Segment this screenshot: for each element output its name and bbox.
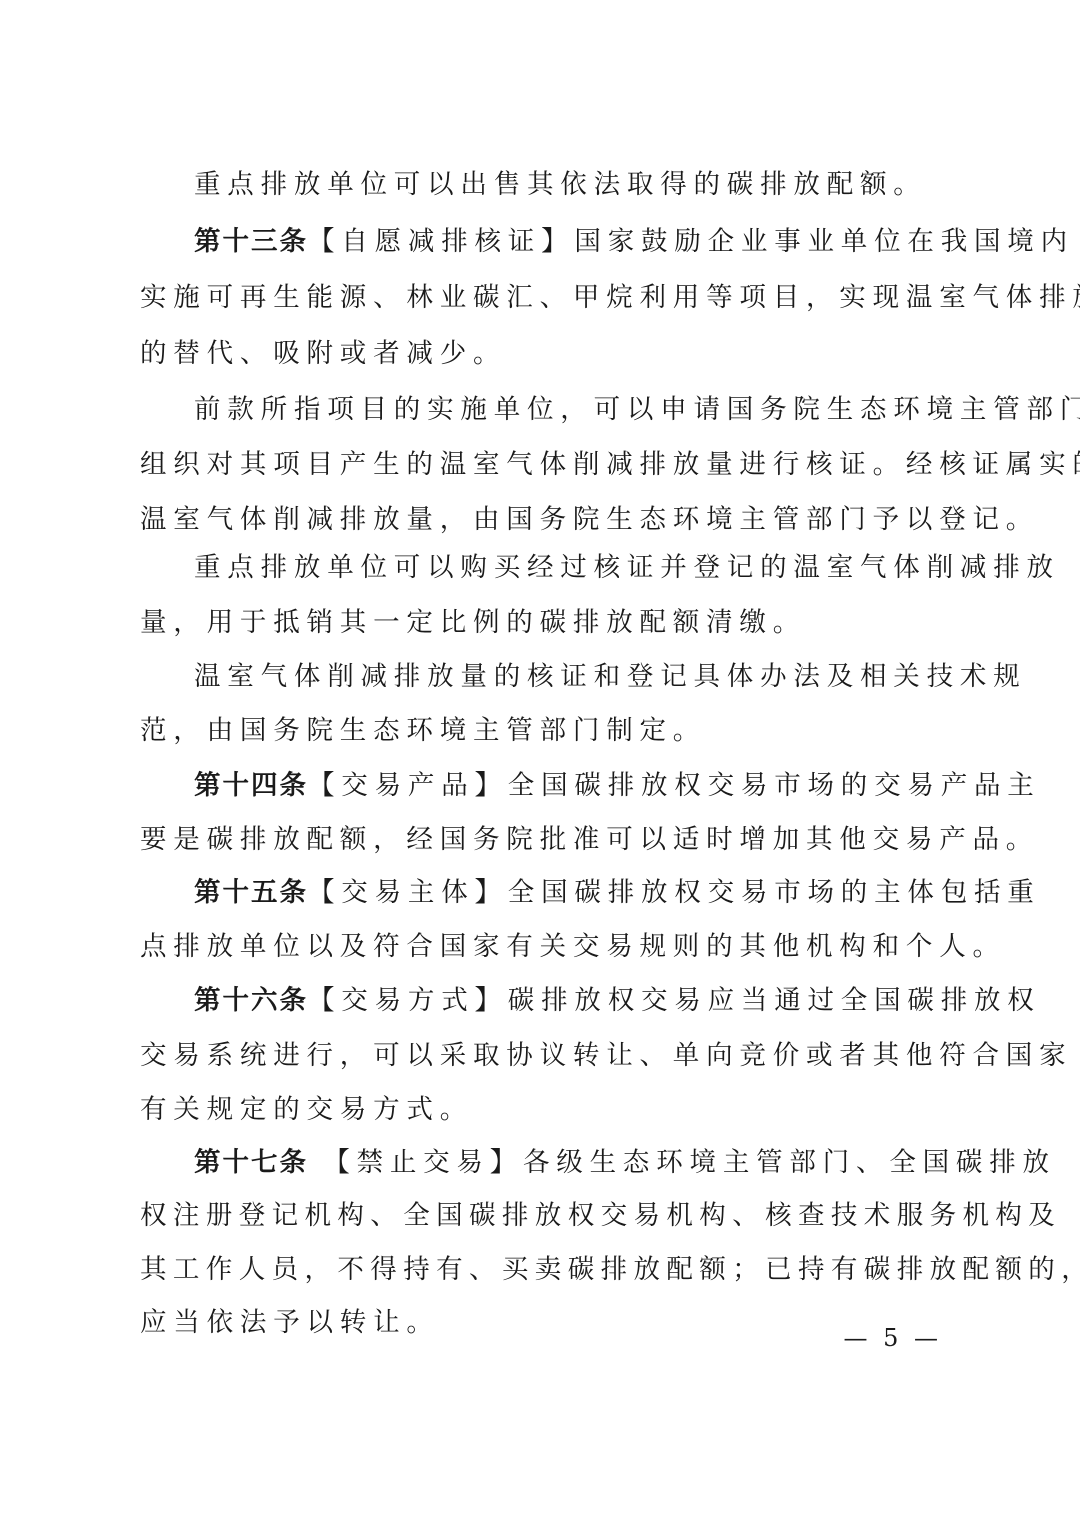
paragraph-line: 要是碳排放配额，经国务院批准可以适时增加其他交易产品。 (140, 820, 940, 860)
line-text: 实施可再生能源、林业碳汇、甲烷利用等项目，实现温室气体排放 (140, 282, 1080, 313)
paragraph-line: 重点排放单位可以购买经过核证并登记的温室气体削减排放 (194, 548, 994, 588)
line-text: 【自愿减排核证】国家鼓励企业事业单位在我国境内 (308, 226, 1074, 257)
page-number: — 5 — (842, 1318, 942, 1358)
paragraph-line: 交易系统进行，可以采取协议转让、单向竞价或者其他符合国家 (140, 1036, 940, 1076)
paragraph-line: 的替代、吸附或者减少。 (140, 334, 940, 374)
line-text: 权注册登记机构、全国碳排放权交易机构、核查技术服务机构及 (140, 1200, 1061, 1231)
line-text: 重点排放单位可以出售其依法取得的碳排放配额。 (194, 169, 927, 200)
paragraph-line: 温室气体削减排放量，由国务院生态环境主管部门予以登记。 (140, 500, 940, 540)
paragraph-line: 权注册登记机构、全国碳排放权交易机构、核查技术服务机构及 (140, 1196, 940, 1236)
line-text: 点排放单位以及符合国家有关交易规则的其他机构和个人。 (140, 931, 1006, 962)
article-number: 第十四条 (194, 770, 308, 801)
paragraph-line: 重点排放单位可以出售其依法取得的碳排放配额。 (194, 165, 994, 205)
paragraph-line: 范，由国务院生态环境主管部门制定。 (140, 711, 940, 751)
paragraph-line: 有关规定的交易方式。 (140, 1090, 940, 1130)
line-text: 【交易产品】全国碳排放权交易市场的交易产品主 (308, 770, 1041, 801)
line-text: 的替代、吸附或者减少。 (140, 338, 506, 369)
paragraph-line: 其工作人员，不得持有、买卖碳排放配额；已持有碳排放配额的， (140, 1250, 940, 1290)
line-text: 组织对其项目产生的温室气体削减排放量进行核证。经核证属实的 (140, 449, 1080, 480)
article-17-heading: 第十七条 【禁止交易】各级生态环境主管部门、全国碳排放 (194, 1143, 994, 1183)
line-text: 量，用于抵销其一定比例的碳排放配额清缴。 (140, 607, 806, 638)
paragraph-line: 量，用于抵销其一定比例的碳排放配额清缴。 (140, 603, 940, 643)
line-text: 【禁止交易】各级生态环境主管部门、全国碳排放 (308, 1147, 1056, 1178)
line-text: 前款所指项目的实施单位，可以申请国务院生态环境主管部门 (194, 394, 1080, 425)
article-15-heading: 第十五条【交易主体】全国碳排放权交易市场的主体包括重 (194, 873, 994, 913)
article-13-heading: 第十三条【自愿减排核证】国家鼓励企业事业单位在我国境内 (194, 222, 994, 262)
article-16-heading: 第十六条【交易方式】碳排放权交易应当通过全国碳排放权 (194, 981, 994, 1021)
line-text: 范，由国务院生态环境主管部门制定。 (140, 715, 706, 746)
line-text: 温室气体削减排放量的核证和登记具体办法及相关技术规 (194, 661, 1027, 692)
line-text: 交易系统进行，可以采取协议转让、单向竞价或者其他符合国家 (140, 1040, 1072, 1071)
article-14-heading: 第十四条【交易产品】全国碳排放权交易市场的交易产品主 (194, 766, 994, 806)
paragraph-line: 实施可再生能源、林业碳汇、甲烷利用等项目，实现温室气体排放 (140, 278, 940, 318)
paragraph-line: 组织对其项目产生的温室气体削减排放量进行核证。经核证属实的 (140, 445, 940, 485)
article-number: 第十七条 (194, 1147, 308, 1178)
line-text: 【交易主体】全国碳排放权交易市场的主体包括重 (308, 877, 1041, 908)
paragraph-line: 点排放单位以及符合国家有关交易规则的其他机构和个人。 (140, 927, 940, 967)
paragraph-line: 应当依法予以转让。 (140, 1303, 940, 1343)
line-text: 应当依法予以转让。 (140, 1307, 440, 1338)
article-number: 第十五条 (194, 877, 308, 908)
line-text: 重点排放单位可以购买经过核证并登记的温室气体削减排放 (194, 552, 1060, 583)
article-number: 第十三条 (194, 226, 308, 257)
line-text: 要是碳排放配额，经国务院批准可以适时增加其他交易产品。 (140, 824, 1039, 855)
line-text: 温室气体削减排放量，由国务院生态环境主管部门予以登记。 (140, 504, 1039, 535)
paragraph-line: 前款所指项目的实施单位，可以申请国务院生态环境主管部门 (194, 390, 994, 430)
paragraph-line: 温室气体削减排放量的核证和登记具体办法及相关技术规 (194, 657, 994, 697)
line-text: 其工作人员，不得持有、买卖碳排放配额；已持有碳排放配额的， (140, 1254, 1080, 1285)
line-text: 【交易方式】碳排放权交易应当通过全国碳排放权 (308, 985, 1041, 1016)
article-number: 第十六条 (194, 985, 308, 1016)
line-text: 有关规定的交易方式。 (140, 1094, 473, 1125)
document-page: 重点排放单位可以出售其依法取得的碳排放配额。 第十三条【自愿减排核证】国家鼓励企… (0, 0, 1080, 1527)
